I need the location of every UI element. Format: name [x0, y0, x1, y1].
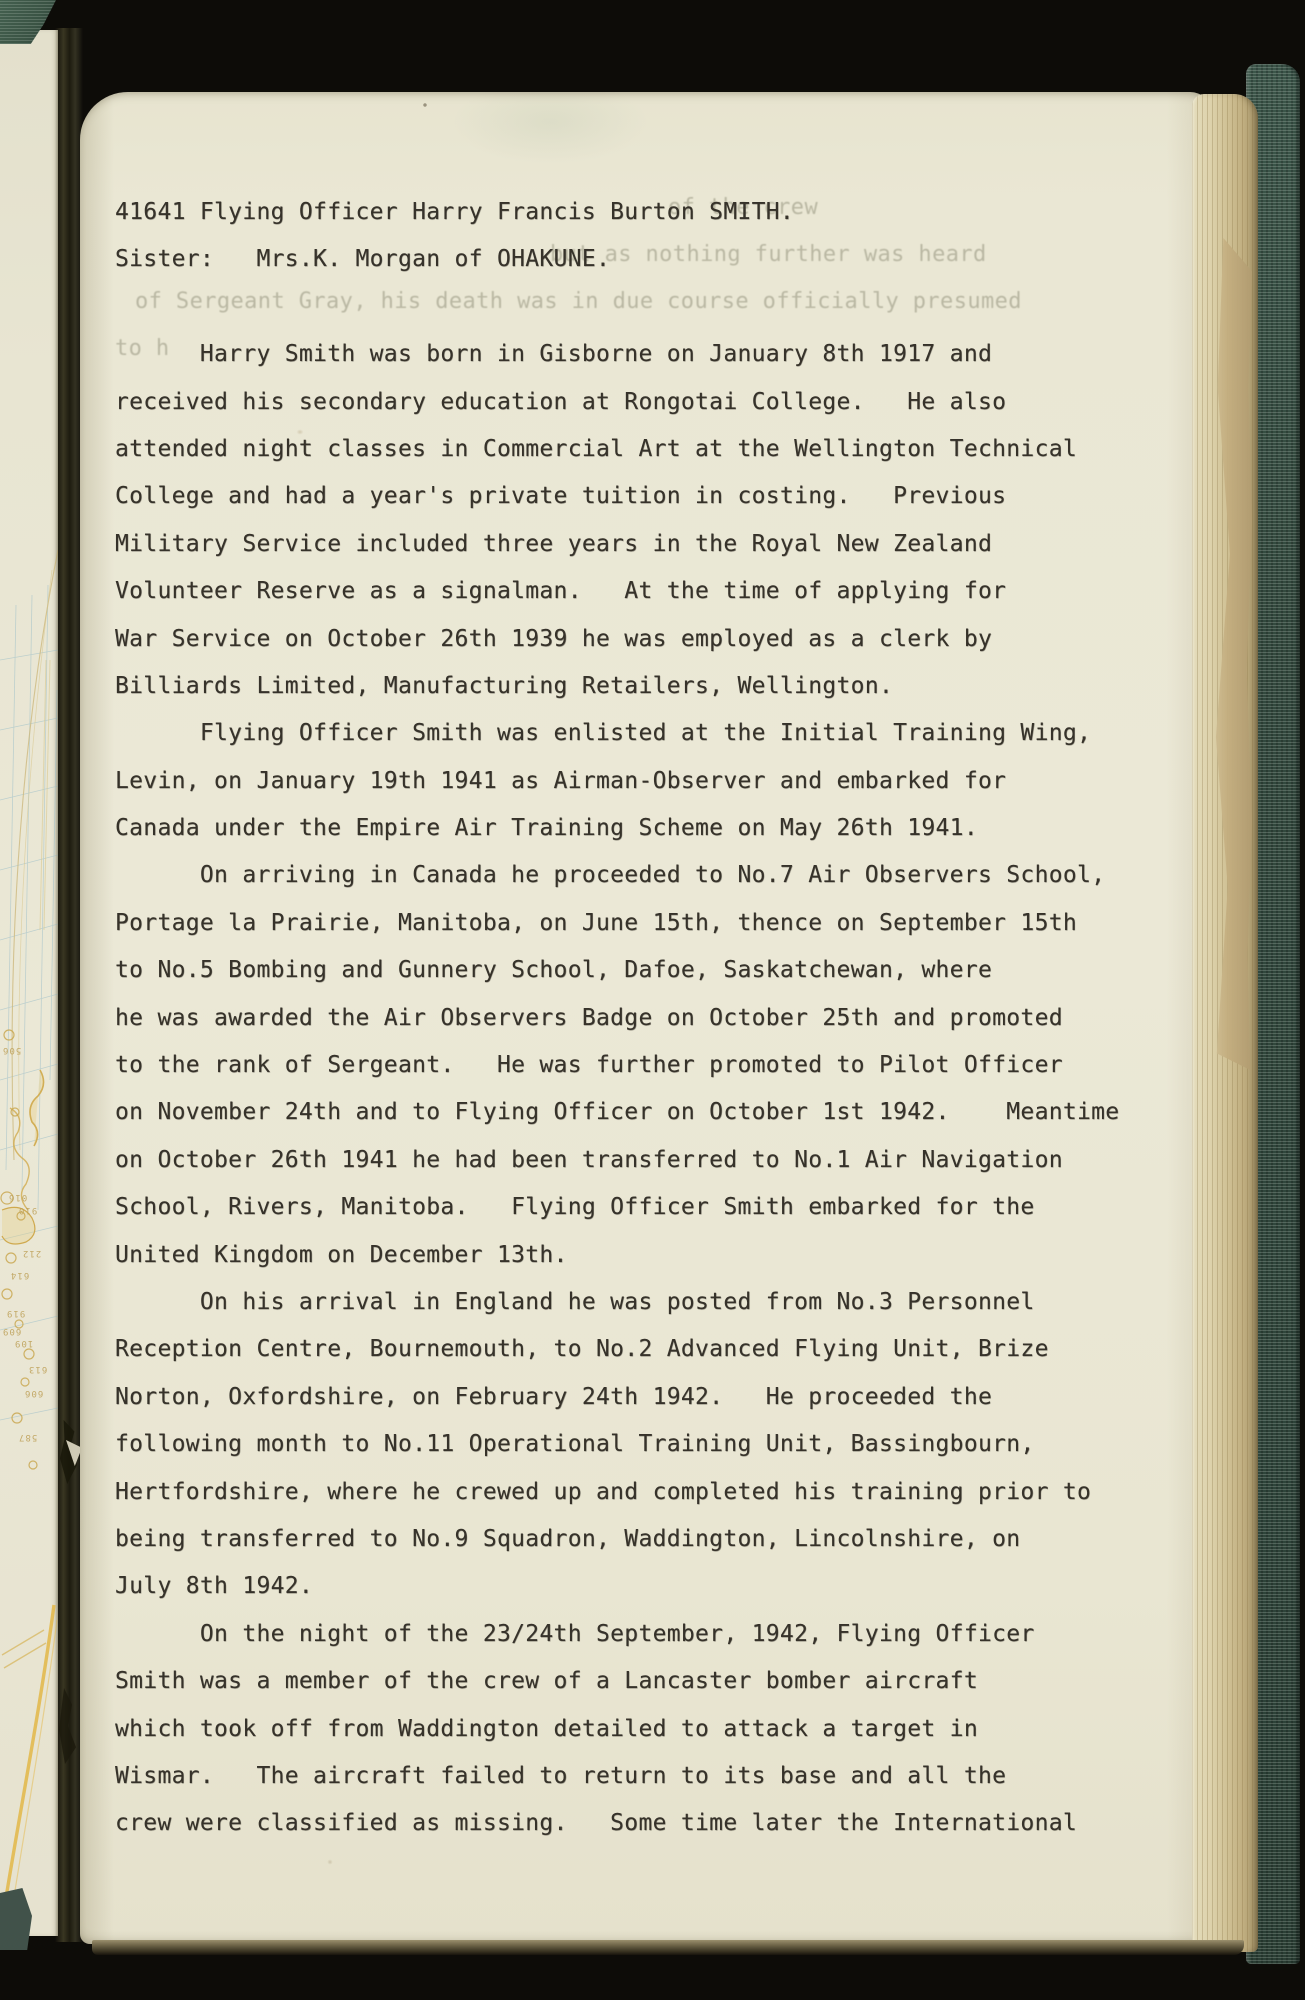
map-edge-number: 609 [2, 1326, 21, 1336]
page-text-lines: 41641 Flying Officer Harry Francis Burto… [115, 189, 1195, 1848]
text-line: On arriving in Canada he proceeded to No… [115, 852, 1195, 899]
map-contour-lines [2, 550, 58, 1922]
text-line: School, Rivers, Manitoba. Flying Officer… [115, 1184, 1195, 1231]
map-page-edge [0, 510, 58, 1936]
map-edge-number: 212 [22, 1248, 41, 1258]
text-line: Sister: Mrs.K. Morgan of OHAKUNE. [115, 236, 1195, 283]
bottom-page-edges [92, 1940, 1244, 1955]
map-edge-number: 919 [6, 1308, 25, 1318]
text-line: July 8th 1942. [115, 1563, 1195, 1610]
map-edge-number: 587 [18, 1432, 37, 1442]
text-line: On his arrival in England he was posted … [115, 1279, 1195, 1326]
map-edge-number: 606 [24, 1388, 43, 1398]
map-edge-number: 614 [10, 1270, 29, 1280]
text-line: Harry Smith was born in Gisborne on Janu… [115, 331, 1195, 378]
text-line: Billiards Limited, Manufacturing Retaile… [115, 663, 1195, 710]
text-line: Levin, on January 19th 1941 as Airman-Ob… [115, 758, 1195, 805]
text-line: Reception Centre, Bournemouth, to No.2 A… [115, 1326, 1195, 1373]
document-page: of the crew but as nothing further was h… [80, 92, 1212, 1944]
text-line: to No.5 Bombing and Gunnery School, Dafo… [115, 947, 1195, 994]
map-edge-number: 506 [2, 1045, 21, 1055]
text-line: which took off from Waddington detailed … [115, 1706, 1195, 1753]
text-line: War Service on October 26th 1939 he was … [115, 616, 1195, 663]
text-line: Flying Officer Smith was enlisted at the… [115, 710, 1195, 757]
book-gutter-crease [55, 28, 83, 1942]
text-line: College and had a year's private tuition… [115, 473, 1195, 520]
left-page-edge: 506016910212614919609109613606587 [0, 30, 58, 1936]
book-photo: 506016910212614919609109613606587 of the… [0, 0, 1305, 2000]
text-line: Smith was a member of the crew of a Lanc… [115, 1658, 1195, 1705]
text-line: to the rank of Sergeant. He was further … [115, 1042, 1195, 1089]
map-edge-number: 109 [14, 1338, 33, 1348]
text-line: 41641 Flying Officer Harry Francis Burto… [115, 189, 1195, 236]
text-line: Canada under the Empire Air Training Sch… [115, 805, 1195, 852]
text-line: Military Service included three years in… [115, 521, 1195, 568]
text-line: Volunteer Reserve as a signalman. At the… [115, 568, 1195, 615]
text-line: received his secondary education at Rong… [115, 379, 1195, 426]
map-edge-number: 910 [18, 1205, 37, 1215]
text-line: crew were classified as missing. Some ti… [115, 1800, 1195, 1847]
text-line: on November 24th and to Flying Officer o… [115, 1089, 1195, 1136]
text-line: On the night of the 23/24th September, 1… [115, 1611, 1195, 1658]
text-line: Wismar. The aircraft failed to return to… [115, 1753, 1195, 1800]
text-line: following month to No.11 Operational Tra… [115, 1421, 1195, 1468]
map-edge-number: 613 [28, 1364, 47, 1374]
text-line: attended night classes in Commercial Art… [115, 426, 1195, 473]
text-line: on October 26th 1941 he had been transfe… [115, 1137, 1195, 1184]
text-line: Portage la Prairie, Manitoba, on June 15… [115, 900, 1195, 947]
text-line: Norton, Oxfordshire, on February 24th 19… [115, 1374, 1195, 1421]
text-line: Hertfordshire, where he crewed up and co… [115, 1469, 1195, 1516]
text-line: being transferred to No.9 Squadron, Wadd… [115, 1516, 1195, 1563]
text-line [115, 284, 1195, 331]
map-graphic [0, 510, 58, 1936]
text-line: United Kingdom on December 13th. [115, 1232, 1195, 1279]
text-line: he was awarded the Air Observers Badge o… [115, 995, 1195, 1042]
map-edge-number: 016 [8, 1192, 27, 1202]
